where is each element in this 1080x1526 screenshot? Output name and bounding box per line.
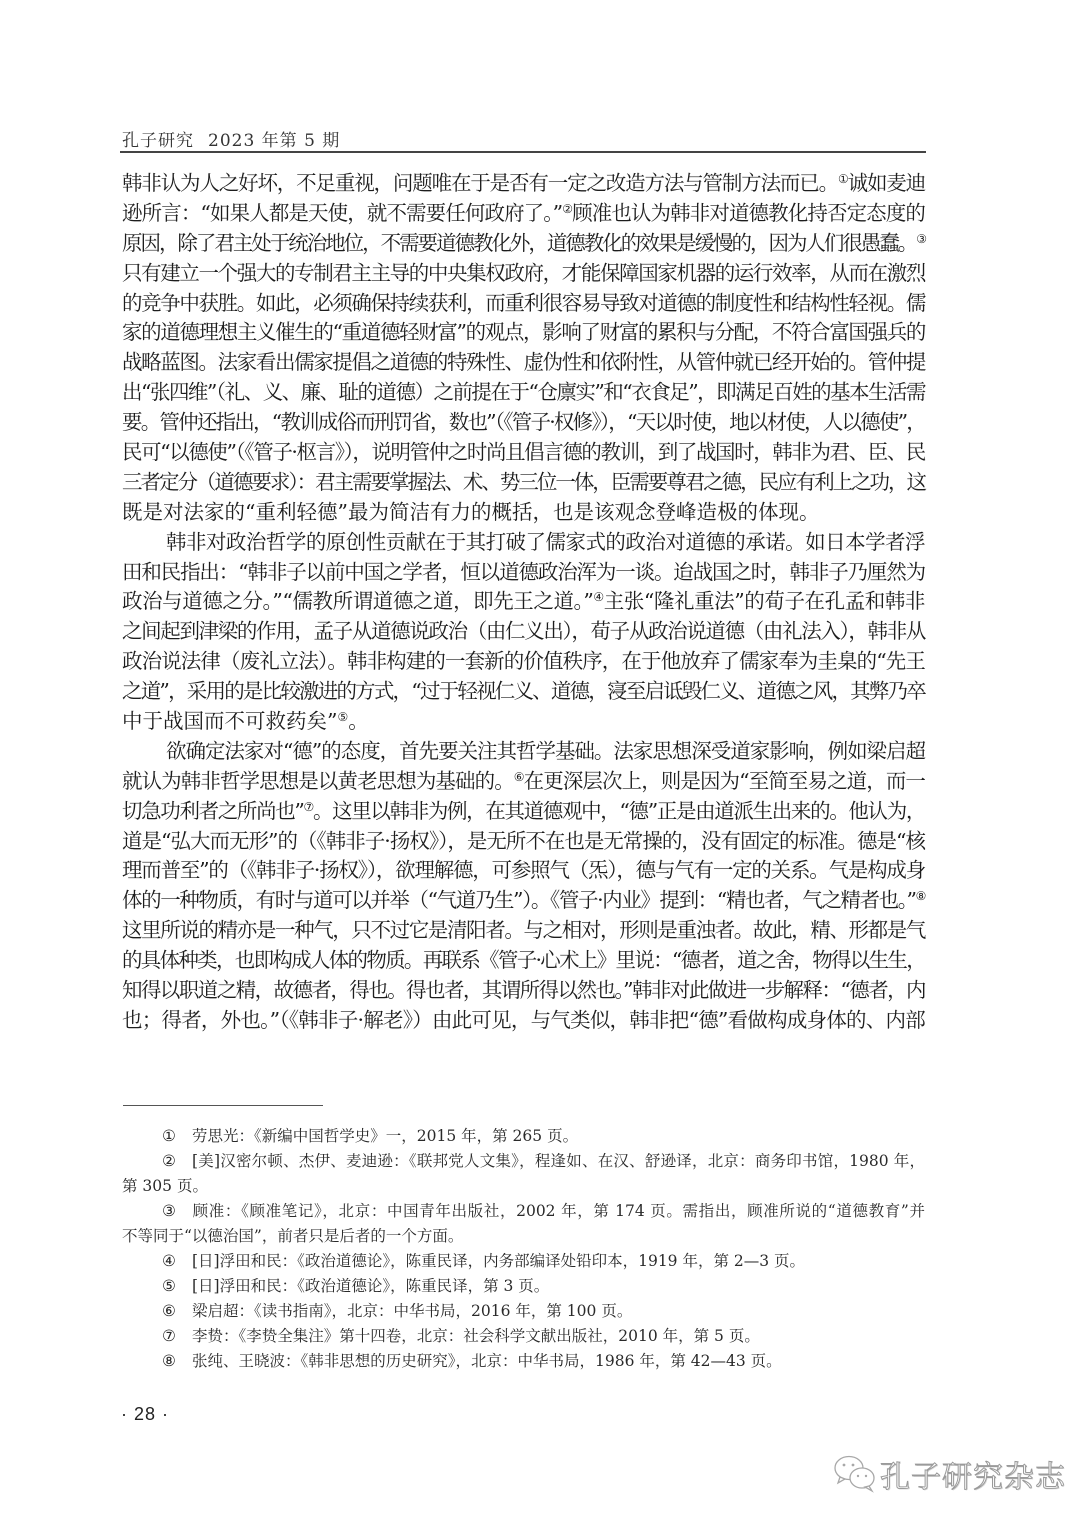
body-line: 政治说法律（废礼立法）。韩非构建的一套新的价值秩序，在于他放弃了儒家奉为圭臬的“…: [122, 647, 925, 677]
journal-page: 孔子研究2023 年第 5 期 韩非认为人之好坏，不足重视，问题唯在于是否有一定…: [0, 0, 1080, 1526]
running-header: 孔子研究2023 年第 5 期: [122, 126, 925, 151]
footnote-number: ⑧: [162, 1349, 192, 1374]
body-line: 就认为韩非哲学思想是以黄老思想为基础的。⑥在更深层次上，则是因为“至简至易之道，…: [122, 767, 925, 797]
line-text: 的竞争中获胜。如此，必须确保持续获利，而重利很容易导致对道德的制度性和结构性轻视…: [122, 291, 925, 315]
watermark-text: 孔子研究杂志: [880, 1452, 1066, 1496]
line-text: 道是“弘大而无形”的（《韩非子·扬权》），是无所不在也是无常操的，没有固定的标准…: [122, 829, 925, 853]
line-text: 之道”，采用的是比较激进的方式，“过于轻视仁义、道德，寖至启诋毁仁义、道德之风，…: [122, 679, 925, 703]
line-text: 田和民指出：“韩非子以前中国之学者，恒以道德政治浑为一谈。迨战国之时，韩非子乃厘…: [122, 560, 925, 584]
body-line: 知得以职道之精，故德者，得也。得也者，其谓所得以然也。”韩非对此做进一步解释：“…: [122, 976, 925, 1006]
body-line: 原因，除了君主处于统治地位，不需要道德教化外，道德教化的效果是缓慢的，因为人们很…: [122, 229, 925, 259]
line-text: 主张“隆礼重法”的荀子在孔孟和韩非: [604, 589, 925, 613]
footnote-number: ⑥: [162, 1299, 192, 1324]
line-text: 理而普至”的（《韩非子·扬权》），欲理解德，可参照气（炁），德与气有一定的关系。…: [122, 858, 925, 882]
body-line: 之道”，采用的是比较激进的方式，“过于轻视仁义、道德，寖至启诋毁仁义、道德之风，…: [122, 677, 925, 707]
body-line: 之间起到津梁的作用，孟子从道德说政治（由仁义出），荀子从政治说道德（由礼法入），…: [122, 617, 925, 647]
footnote-item: ⑧张纯、王晓波：《韩非思想的历史研究》，北京：中华书局，1986 年，第 42—…: [122, 1349, 925, 1374]
footnote-number: ③: [162, 1199, 192, 1224]
body-line: 韩非认为人之好坏，不足重视，问题唯在于是否有一定之改造方法与管制方法而已。①诚如…: [122, 169, 925, 199]
footnote-text: [日]浮田和民：《政治道德论》，陈重民译，内务部编译处铅印本，1919 年，第 …: [192, 1252, 805, 1270]
article-body: 韩非认为人之好坏，不足重视，问题唯在于是否有一定之改造方法与管制方法而已。①诚如…: [122, 169, 925, 1036]
footnote-separator: [123, 1105, 323, 1106]
body-line: 欲确定法家对“德”的态度，首先要关注其哲学基础。法家思想深受道家影响，例如梁启超: [122, 737, 925, 767]
journal-name: 孔子研究: [122, 131, 194, 151]
line-text: 出“张四维”（礼、义、廉、耻的道德）之前提在于“仓廪实”和“衣食足”，即满足百姓…: [122, 380, 925, 404]
line-text: 原因，除了君主处于统治地位，不需要道德教化外，道德教化的效果是缓慢的，因为人们很…: [122, 231, 916, 255]
body-line: 要。管仲还指出，“教训成俗而刑罚省，数也”（《管子·权修》），“天以时使，地以材…: [122, 408, 925, 438]
issue-label: 2023 年第 5 期: [208, 131, 340, 151]
body-line: 也；得者，外也。”（《韩非子·解老》）由此可见，与气类似，韩非把“德”看做构成身…: [122, 1006, 925, 1036]
body-line: 民可“以德使”（《管子·枢言》），说明管仲之时尚且倡言德的教训，到了战国时，韩非…: [122, 438, 925, 468]
footnote-text: 不等同于“以德治国”，前者只是后者的一个方面。: [122, 1227, 463, 1245]
line-text: 也；得者，外也。”（《韩非子·解老》）由此可见，与气类似，韩非把“德”看做构成身…: [122, 1008, 925, 1032]
body-line: 道是“弘大而无形”的（《韩非子·扬权》），是无所不在也是无常操的，没有固定的标准…: [122, 827, 925, 857]
line-text: 。: [348, 709, 369, 733]
line-text: 。这里以韩非为例，在其道德观中，“德”正是由道派生出来的。他认为，: [313, 799, 925, 823]
footnote-text: 梁启超：《读书指南》，北京：中华书局，2016 年，第 100 页。: [192, 1302, 632, 1320]
body-line: 既是对法家的“重利轻德”最为简洁有力的概括，也是该观念登峰造极的体现。: [122, 498, 925, 528]
body-line: 韩非对政治哲学的原创性贡献在于其打破了儒家式的政治对道德的承诺。如日本学者浮: [122, 528, 925, 558]
line-text: 要。管仲还指出，“教训成俗而刑罚省，数也”（《管子·权修》），“天以时使，地以材…: [122, 410, 925, 434]
line-text: 这里所说的精亦是一种气，只不过它是清阳者。与之相对，形则是重浊者。故此，精、形都…: [122, 918, 925, 942]
footnote-item: ①劳思光：《新编中国哲学史》一，2015 年，第 265 页。: [122, 1124, 925, 1149]
line-text: 既是对法家的“重利轻德”最为简洁有力的概括，也是该观念登峰造极的体现。: [122, 500, 819, 524]
line-text: 三者定分（道德要求）：君主需要掌握法、术、势三位一体，臣需要尊君之德，民应有利上…: [122, 470, 925, 494]
footnote-text: 张纯、王晓波：《韩非思想的历史研究》，北京：中华书局，1986 年，第 42—4…: [192, 1352, 782, 1370]
body-line: 战略蓝图。法家看出儒家提倡之道德的特殊性、虚伪性和依附性，从管仲就已经开始的。管…: [122, 348, 925, 378]
body-line: 这里所说的精亦是一种气，只不过它是清阳者。与之相对，形则是重浊者。故此，精、形都…: [122, 916, 925, 946]
line-text: 民可“以德使”（《管子·枢言》），说明管仲之时尚且倡言德的教训，到了战国时，韩非…: [122, 440, 925, 464]
footnote-item: 不等同于“以德治国”，前者只是后者的一个方面。: [122, 1224, 925, 1249]
line-text: 中于战国而不可救药矣”: [122, 709, 337, 733]
footnote-number: ④: [162, 1249, 192, 1274]
footnote-item: ③顾准：《顾准笔记》，北京：中国青年出版社，2002 年，第 174 页。需指出…: [122, 1199, 925, 1224]
footnote-ref[interactable]: ②: [562, 202, 572, 216]
footnote-ref[interactable]: ①: [838, 172, 848, 186]
body-line: 的竞争中获胜。如此，必须确保持续获利，而重利很容易导致对道德的制度性和结构性轻视…: [122, 289, 925, 319]
footnote-ref[interactable]: ④: [593, 590, 603, 604]
footnote-text: [美]汉密尔顿、杰伊、麦迪逊：《联邦党人文集》，程逢如、在汉、舒逊译，北京：商务…: [192, 1152, 925, 1170]
wechat-icon: [832, 1453, 878, 1495]
line-text: 就认为韩非哲学思想是以黄老思想为基础的。: [122, 769, 514, 793]
line-text: 诚如麦迪: [848, 171, 925, 195]
header-rule: [120, 151, 926, 153]
line-text: 韩非认为人之好坏，不足重视，问题唯在于是否有一定之改造方法与管制方法而已。: [122, 171, 838, 195]
footnote-ref[interactable]: ⑥: [514, 770, 524, 784]
body-line: 三者定分（道德要求）：君主需要掌握法、术、势三位一体，臣需要尊君之德，民应有利上…: [122, 468, 925, 498]
line-text: 切急功利者之所尚也”: [122, 799, 304, 823]
body-line: 政治与道德之分。”“儒教所谓道德之道，即先王之道。”④主张“隆礼重法”的荀子在孔…: [122, 587, 925, 617]
line-text: 知得以职道之精，故德者，得也。得也者，其谓所得以然也。”韩非对此做进一步解释：“…: [122, 978, 925, 1002]
line-text: 体的一种物质，有时与道可以并举（“气道乃生”）。《管子·内业》提到：“精也者，气…: [122, 888, 916, 912]
body-line: 出“张四维”（礼、义、廉、耻的道德）之前提在于“仓廪实”和“衣食足”，即满足百姓…: [122, 378, 925, 408]
page-number: · 28 ·: [121, 1404, 169, 1425]
line-text: 在更深层次上，则是因为“至简至易之道，而一: [524, 769, 925, 793]
footnote-item: ⑤[日]浮田和民：《政治道德论》，陈重民译，第 3 页。: [122, 1274, 925, 1299]
line-text: 只有建立一个强大的专制君主主导的中央集权政府，才能保障国家机器的运行效率，从而在…: [122, 261, 925, 285]
line-text: 政治与道德之分。”“儒教所谓道德之道，即先王之道。”: [122, 589, 593, 613]
footnote-number: ①: [162, 1124, 192, 1149]
footnote-ref[interactable]: ⑧: [916, 889, 925, 903]
footnote-number: ⑦: [162, 1324, 192, 1349]
line-text: 之间起到津梁的作用，孟子从道德说政治（由仁义出），荀子从政治说道德（由礼法入），…: [122, 619, 925, 643]
body-line: 家的道德理想主义催生的“重道德轻财富”的观点，影响了财富的累积与分配，不符合富国…: [122, 318, 925, 348]
line-text: 的具体种类，也即构成人体的物质。再联系《管子·心术上》里说：“德者，道之舍，物得…: [122, 948, 925, 972]
footnotes: ①劳思光：《新编中国哲学史》一，2015 年，第 265 页。②[美]汉密尔顿、…: [122, 1124, 925, 1374]
line-text: 家的道德理想主义催生的“重道德轻财富”的观点，影响了财富的累积与分配，不符合富国…: [122, 320, 925, 344]
footnote-number: ②: [162, 1149, 192, 1174]
body-line: 理而普至”的（《韩非子·扬权》），欲理解德，可参照气（炁），德与气有一定的关系。…: [122, 856, 925, 886]
footnote-item: ⑦李贽：《李贽全集注》第十四卷，北京：社会科学文献出版社，2010 年，第 5 …: [122, 1324, 925, 1349]
footnote-item: ②[美]汉密尔顿、杰伊、麦迪逊：《联邦党人文集》，程逢如、在汉、舒逊译，北京：商…: [122, 1149, 925, 1174]
body-line: 田和民指出：“韩非子以前中国之学者，恒以道德政治浑为一谈。迨战国之时，韩非子乃厘…: [122, 558, 925, 588]
line-text: 政治说法律（废礼立法）。韩非构建的一套新的价值秩序，在于他放弃了儒家奉为圭臬的“…: [122, 649, 925, 673]
footnote-number: ⑤: [162, 1274, 192, 1299]
footnote-text: [日]浮田和民：《政治道德论》，陈重民译，第 3 页。: [192, 1277, 549, 1295]
line-text: 顾准也认为韩非对道德教化持否定态度的: [572, 201, 925, 225]
footnote-text: 李贽：《李贽全集注》第十四卷，北京：社会科学文献出版社，2010 年，第 5 页…: [192, 1327, 760, 1345]
body-line: 体的一种物质，有时与道可以并举（“气道乃生”）。《管子·内业》提到：“精也者，气…: [122, 886, 925, 916]
footnote-ref[interactable]: ⑦: [304, 800, 313, 814]
line-text: 战略蓝图。法家看出儒家提倡之道德的特殊性、虚伪性和依附性，从管仲就已经开始的。管…: [122, 350, 925, 374]
line-text: 欲确定法家对“德”的态度，首先要关注其哲学基础。法家思想深受道家影响，例如梁启超: [166, 739, 925, 763]
footnote-text: 劳思光：《新编中国哲学史》一，2015 年，第 265 页。: [192, 1127, 578, 1145]
footnote-text: 顾准：《顾准笔记》，北京：中国青年出版社，2002 年，第 174 页。需指出，…: [192, 1202, 925, 1220]
watermark: 孔子研究杂志: [832, 1452, 1066, 1496]
footnote-ref[interactable]: ③: [916, 232, 925, 246]
footnote-item: 第 305 页。: [122, 1174, 925, 1199]
footnote-item: ⑥梁启超：《读书指南》，北京：中华书局，2016 年，第 100 页。: [122, 1299, 925, 1324]
body-line: 中于战国而不可救药矣”⑤。: [122, 707, 925, 737]
line-text: 韩非对政治哲学的原创性贡献在于其打破了儒家式的政治对道德的承诺。如日本学者浮: [166, 530, 925, 554]
body-line: 只有建立一个强大的专制君主主导的中央集权政府，才能保障国家机器的运行效率，从而在…: [122, 259, 925, 289]
footnote-item: ④[日]浮田和民：《政治道德论》，陈重民译，内务部编译处铅印本，1919 年，第…: [122, 1249, 925, 1274]
line-text: 逊所言：“如果人都是天使，就不需要任何政府了。”: [122, 201, 562, 225]
footnote-text: 第 305 页。: [122, 1177, 208, 1195]
footnote-ref[interactable]: ⑤: [337, 710, 348, 724]
body-line: 逊所言：“如果人都是天使，就不需要任何政府了。”②顾准也认为韩非对道德教化持否定…: [122, 199, 925, 229]
body-line: 切急功利者之所尚也”⑦。这里以韩非为例，在其道德观中，“德”正是由道派生出来的。…: [122, 797, 925, 827]
body-line: 的具体种类，也即构成人体的物质。再联系《管子·心术上》里说：“德者，道之舍，物得…: [122, 946, 925, 976]
